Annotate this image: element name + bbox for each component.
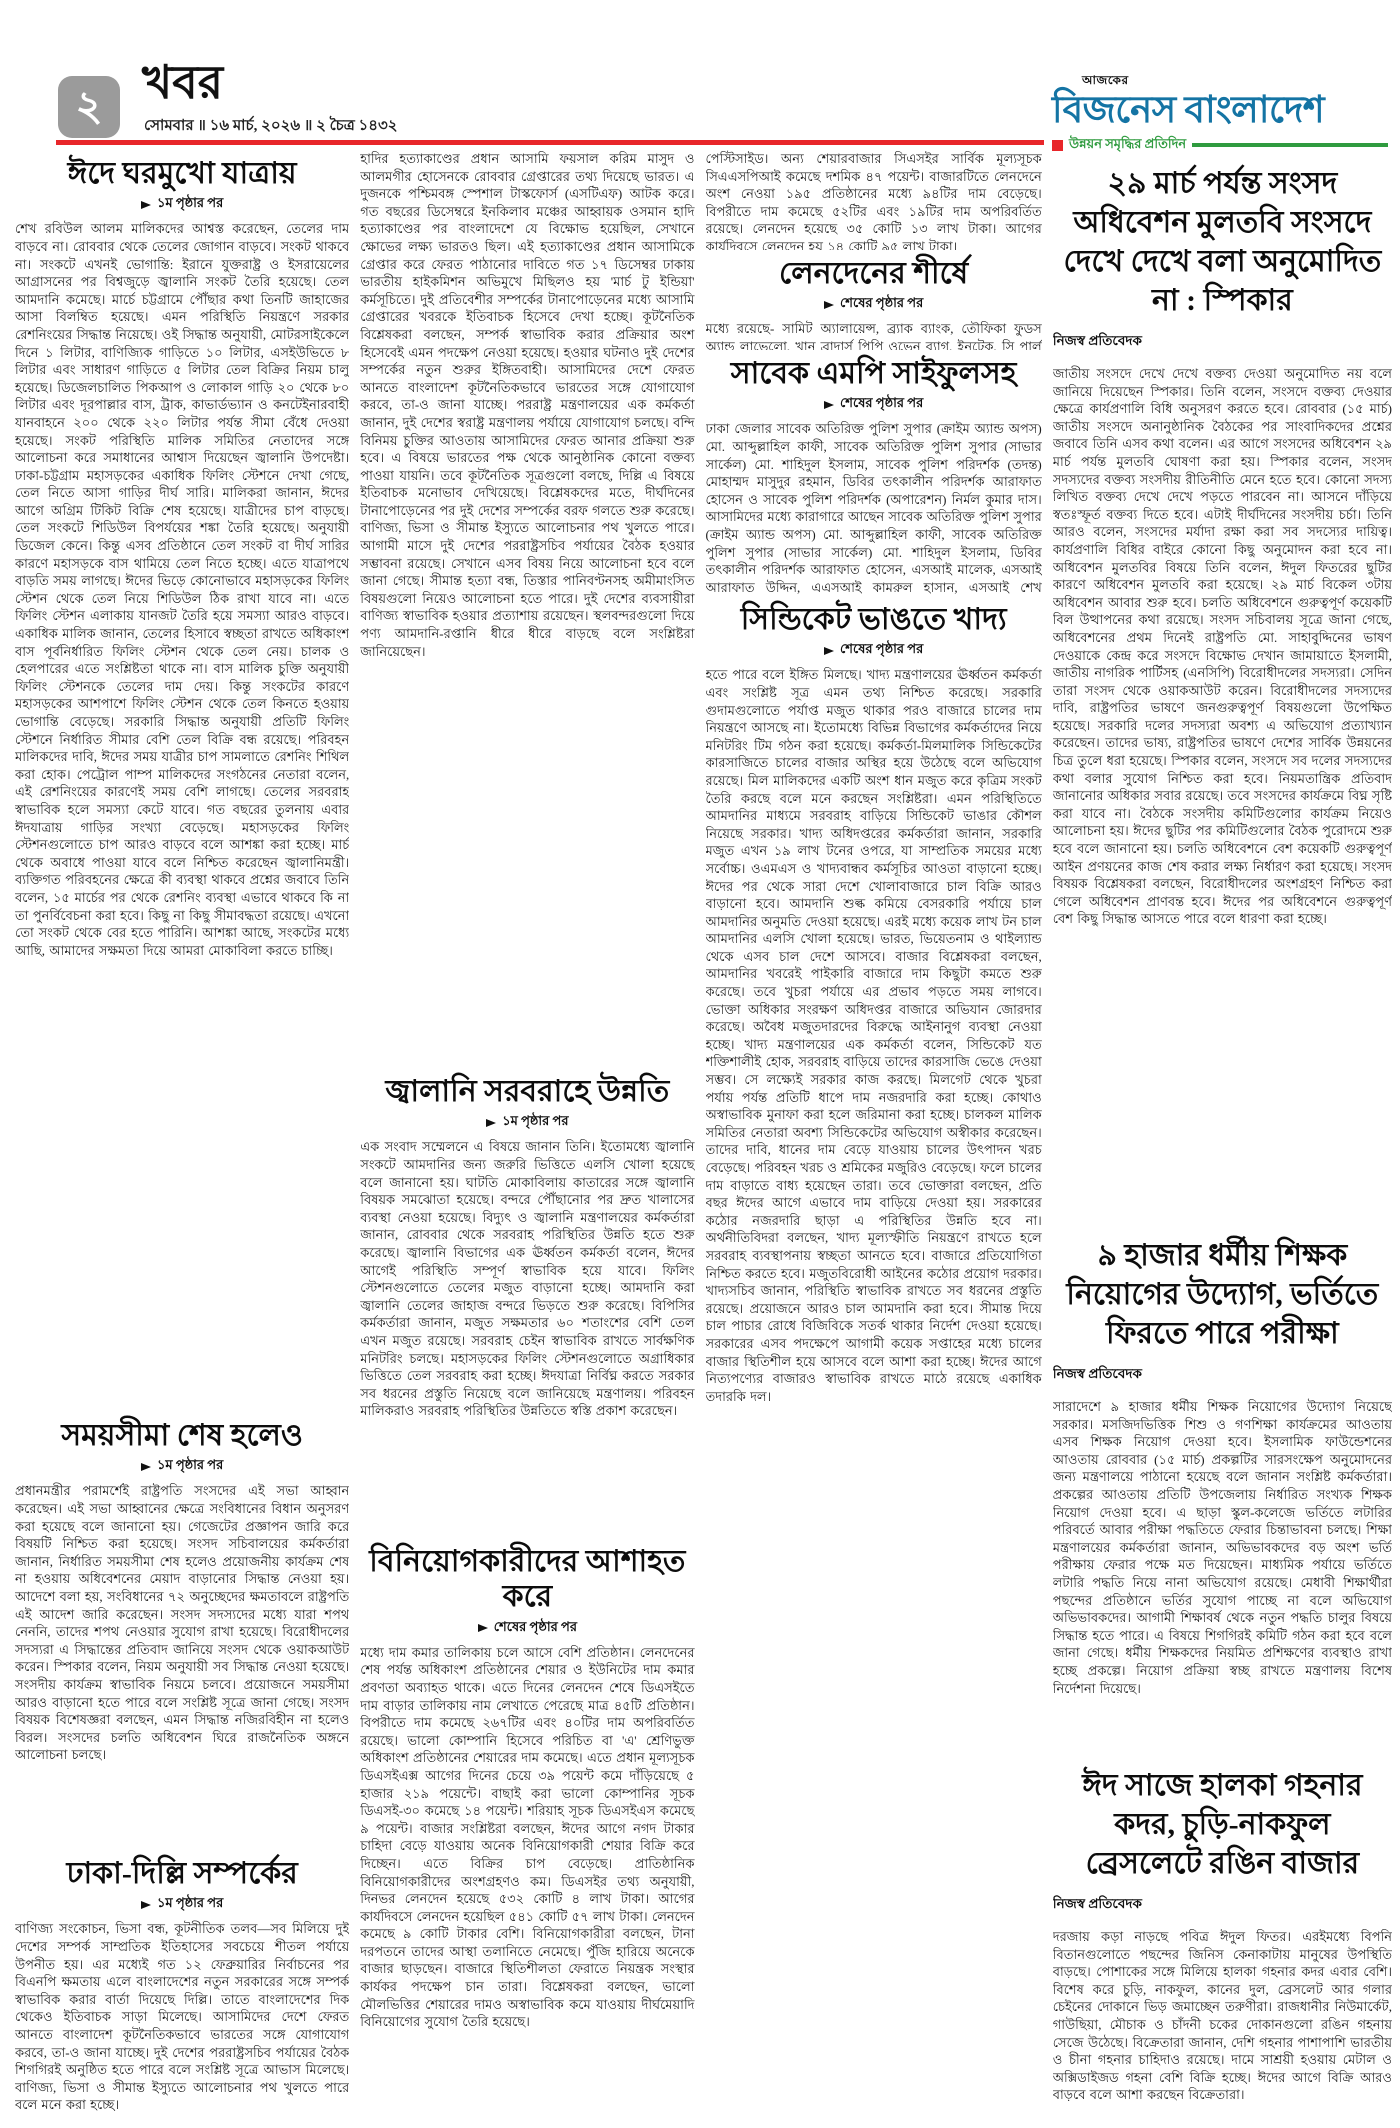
byline: নিজস্ব প্রতিবেদক [1053, 1893, 1392, 1916]
article-body: ঢাকা জেলার সাবেক অতিরিক্ত পুলিশ সুপার (ক… [706, 420, 1042, 596]
article-body: হাদির হত্যাকাণ্ডের প্রধান আসামি ফয়সাল ক… [360, 150, 694, 660]
section-title: খবর [142, 58, 223, 109]
column-1: ঈদে ঘরমুখো যাত্রায় ১ম পৃষ্ঠার পর শেখ রব… [15, 150, 349, 2118]
continued-from-label: ১ম পৃষ্ঠার পর [157, 1894, 223, 1915]
continued-from-label: ১ম পৃষ্ঠার পর [157, 194, 223, 215]
dateline: সোমবার ॥ ১৬ মার্চ, ২০২৬ ॥ ২ চৈত্র ১৪৩২ [144, 114, 398, 139]
pointer-icon [486, 1119, 496, 1127]
article-body: বাণিজ্য সংকোচন, ভিসা বন্ধ, কূটনীতিক তলব—… [15, 1920, 349, 2114]
article-headline: ৯ হাজার ধর্মীয় শিক্ষক নিয়োগের উদ্যোগ, … [1053, 1236, 1392, 1353]
continued-from-label: শেষের পৃষ্ঠার পর [840, 640, 923, 661]
continued-from-marker: শেষের পৃষ্ঠার পর [706, 640, 1042, 661]
continued-from-marker: শেষের পৃষ্ঠার পর [706, 294, 1042, 315]
continued-from-marker: ১ম পৃষ্ঠার পর [15, 194, 349, 215]
article-sindiket-khadya: সিন্ডিকেট ভাঙতে খাদ্য শেষের পৃষ্ঠার পর হ… [706, 596, 1042, 2118]
article-body: মধ্যে দাম কমার তালিকায় চলে আসে বেশি প্র… [360, 1644, 694, 2031]
article-body: সারাদেশে ৯ হাজার ধর্মীয় শিক্ষক নিয়োগের… [1053, 1398, 1392, 1697]
article-body: এক সংবাদ সম্মেলনে এ বিষয়ে জানান তিনি। ই… [360, 1138, 694, 1420]
masthead-kicker: আজকের [1082, 72, 1388, 92]
article-eid-gohona: ঈদ সাজে হালকা গহনার কদর, চুড়ি-নাকফুল ব্… [1053, 1764, 1392, 2118]
article-continuation-india: হাদির হত্যাকাণ্ডের প্রধান আসামি ফয়সাল ক… [360, 150, 694, 1068]
article-headline: ঈদ সাজে হালকা গহনার কদর, চুড়ি-নাকফুল ব্… [1053, 1766, 1392, 1883]
continued-from-label: শেষের পৃষ্ঠার পর [494, 1618, 577, 1639]
article-somoysima: সময়সীমা শেষ হলেও ১ম পৃষ্ঠার পর প্রধানমন… [15, 1412, 349, 1850]
masthead-green-rule [1192, 143, 1388, 147]
pointer-icon [141, 1901, 151, 1909]
article-headline: সাবেক এমপি সাইফুলসহ [706, 356, 1042, 391]
article-body: পেস্টিসাইড। অন্য শেয়ারবাজার সিএসইর সার্… [706, 150, 1042, 250]
header-rule [56, 140, 1044, 145]
continued-from-label: শেষের পৃষ্ঠার পর [840, 394, 923, 415]
continued-from-label: শেষের পৃষ্ঠার পর [840, 294, 923, 315]
article-dhaka-dilli: ঢাকা-দিল্লি সম্পর্কের ১ম পৃষ্ঠার পর বাণি… [15, 1850, 349, 2118]
article-speaker: ২৯ মার্চ পর্যন্ত সংসদ অধিবেশন মুলতবি সংস… [1053, 162, 1392, 1234]
article-biniyogkari: বিনিয়োগকারীদের আশাহত করে শেষের পৃষ্ঠার … [360, 1538, 694, 2118]
byline: নিজস্ব প্রতিবেদক [1053, 1363, 1392, 1386]
article-eid-jatra: ঈদে ঘরমুখো যাত্রায় ১ম পৃষ্ঠার পর শেখ রব… [15, 150, 349, 1412]
article-body: শেখ রবিউল আলম মালিকদের আশ্বস্ত করেছেন, ত… [15, 220, 349, 959]
newspaper-page: ২ খবর সোমবার ॥ ১৬ মার্চ, ২০২৬ ॥ ২ চৈত্র … [0, 0, 1400, 2128]
continued-from-marker: ১ম পৃষ্ঠার পর [360, 1112, 694, 1133]
column-4: ২৯ মার্চ পর্যন্ত সংসদ অধিবেশন মুলতবি সংস… [1053, 150, 1392, 2118]
article-headline: ঈদে ঘরমুখো যাত্রায় [15, 156, 349, 191]
continued-from-marker: ১ম পৃষ্ঠার পর [15, 1894, 349, 1915]
article-body: প্রধানমন্ত্রীর পরামর্শেই রাষ্ট্রপতি সংসদ… [15, 1482, 349, 1764]
column-2: হাদির হত্যাকাণ্ডের প্রধান আসামি ফয়সাল ক… [360, 150, 694, 2118]
continued-from-marker: শেষের পৃষ্ঠার পর [360, 1618, 694, 1639]
article-sabek-emp-saiful: সাবেক এমপি সাইফুলসহ শেষের পৃষ্ঠার পর ঢাক… [706, 350, 1042, 596]
continued-from-label: ১ম পৃষ্ঠার পর [502, 1112, 568, 1133]
pointer-icon [141, 201, 151, 209]
columns-area: ঈদে ঘরমুখো যাত্রায় ১ম পৃষ্ঠার পর শেখ রব… [15, 150, 1392, 2118]
article-jwalani: জ্বালানি সরবরাহে উন্নতি ১ম পৃষ্ঠার পর এক… [360, 1068, 694, 1538]
article-body: মধ্যে রয়েছে- সামিট অ্যালায়েন্স, ব্র্যা… [706, 320, 1042, 350]
pointer-icon [824, 647, 834, 655]
pointer-icon [478, 1624, 488, 1632]
page-number-badge: ২ [58, 76, 120, 138]
article-headline: ২৯ মার্চ পর্যন্ত সংসদ অধিবেশন মুলতবি সংস… [1053, 164, 1392, 320]
continued-from-marker: শেষের পৃষ্ঠার পর [706, 394, 1042, 415]
article-body: জাতীয় সংসদে দেখে দেখে বক্তব্য দেওয়া অন… [1053, 365, 1392, 928]
article-religious-teachers: ৯ হাজার ধর্মীয় শিক্ষক নিয়োগের উদ্যোগ, … [1053, 1234, 1392, 1764]
article-headline: বিনিয়োগকারীদের আশাহত করে [360, 1544, 694, 1615]
article-lenden-shirshe: লেনদেনের শীর্ষে শেষের পৃষ্ঠার পর মধ্যে র… [706, 250, 1042, 350]
masthead-title: বিজনেস বাংলাদেশ [1052, 92, 1388, 131]
continued-from-marker: ১ম পৃষ্ঠার পর [15, 1456, 349, 1477]
byline: নিজস্ব প্রতিবেদক [1053, 330, 1392, 353]
pointer-icon [824, 301, 834, 309]
pointer-icon [141, 1463, 151, 1471]
article-headline: ঢাকা-দিল্লি সম্পর্কের [15, 1856, 349, 1891]
column-3: পেস্টিসাইড। অন্য শেয়ারবাজার সিএসইর সার্… [706, 150, 1042, 2118]
article-body: হতে পারে বলে ইঙ্গিত মিলছে। খাদ্য মন্ত্রণ… [706, 666, 1042, 1405]
article-headline: সিন্ডিকেট ভাঙতে খাদ্য [706, 602, 1042, 637]
pointer-icon [824, 401, 834, 409]
article-headline: জ্বালানি সরবরাহে উন্নতি [360, 1074, 694, 1109]
continued-from-label: ১ম পৃষ্ঠার পর [157, 1456, 223, 1477]
masthead: আজকের বিজনেস বাংলাদেশ উন্নয়ন সমৃদ্ধির প… [1052, 72, 1388, 156]
article-continuation-market: পেস্টিসাইড। অন্য শেয়ারবাজার সিএসইর সার্… [706, 150, 1042, 250]
article-headline: লেনদেনের শীর্ষে [706, 256, 1042, 291]
article-headline: সময়সীমা শেষ হলেও [15, 1418, 349, 1453]
article-body: দরজায় কড়া নাড়ছে পবিত্র ঈদুল ফিতর। এরই… [1053, 1928, 1392, 2104]
